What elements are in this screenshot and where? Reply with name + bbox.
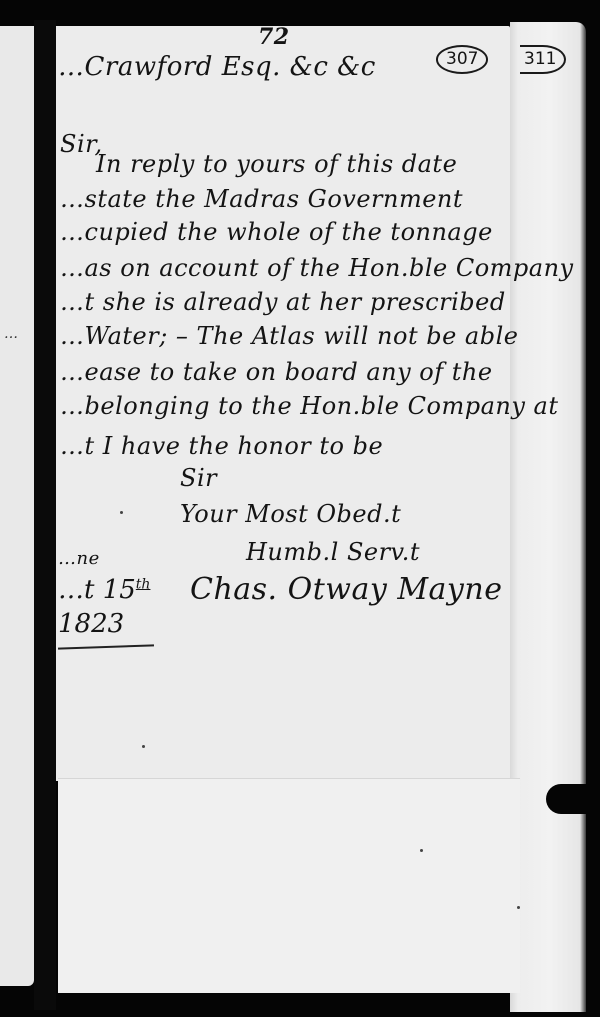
left-page-bleed-mark: …: [4, 326, 34, 342]
body-line: …belonging to the Hon.ble Company at: [60, 392, 558, 420]
folio-number-circled: 307: [436, 45, 488, 74]
date-day-suffix: th: [136, 576, 151, 592]
closing-your-most: Your Most Obed.t: [180, 500, 401, 528]
ink-speck: [120, 511, 123, 514]
ink-speck: [420, 849, 423, 852]
reference-mark: 72: [258, 24, 290, 50]
date-day-text: …t 15: [58, 575, 136, 605]
body-line: …as on account of the Hon.ble Company: [60, 254, 574, 282]
body-line: …t I have the honor to be: [60, 432, 383, 460]
addressee-line: …Crawford Esq. &c &c: [58, 52, 376, 82]
closing-servant: Humb.l Serv.t: [246, 538, 420, 566]
adjacent-left-page: …: [0, 26, 34, 986]
binding-gutter: [34, 20, 56, 1010]
ink-speck: [517, 906, 520, 909]
margin-date-year: 1823: [58, 609, 150, 639]
signature: Chas. Otway Mayne: [190, 572, 502, 607]
body-line: …cupied the whole of the tonnage: [60, 218, 493, 246]
margin-date: …t 15th 1823: [58, 575, 150, 639]
body-line: …Water; – The Atlas will not be able: [60, 322, 518, 350]
ink-speck: [142, 745, 145, 748]
adjacent-right-leaf: [510, 22, 586, 1012]
closing-sir: Sir: [180, 464, 217, 492]
folded-lower-sheet: [58, 778, 520, 993]
margin-date-prefix: …ne: [58, 548, 100, 569]
body-line: In reply to yours of this date: [96, 150, 457, 178]
body-line: …ease to take on board any of the: [60, 358, 493, 386]
body-line: …state the Madras Government: [60, 185, 463, 213]
margin-date-day: …t 15th: [58, 575, 150, 605]
binding-tab: [546, 784, 586, 814]
body-line: …t she is already at her prescribed: [60, 288, 506, 316]
